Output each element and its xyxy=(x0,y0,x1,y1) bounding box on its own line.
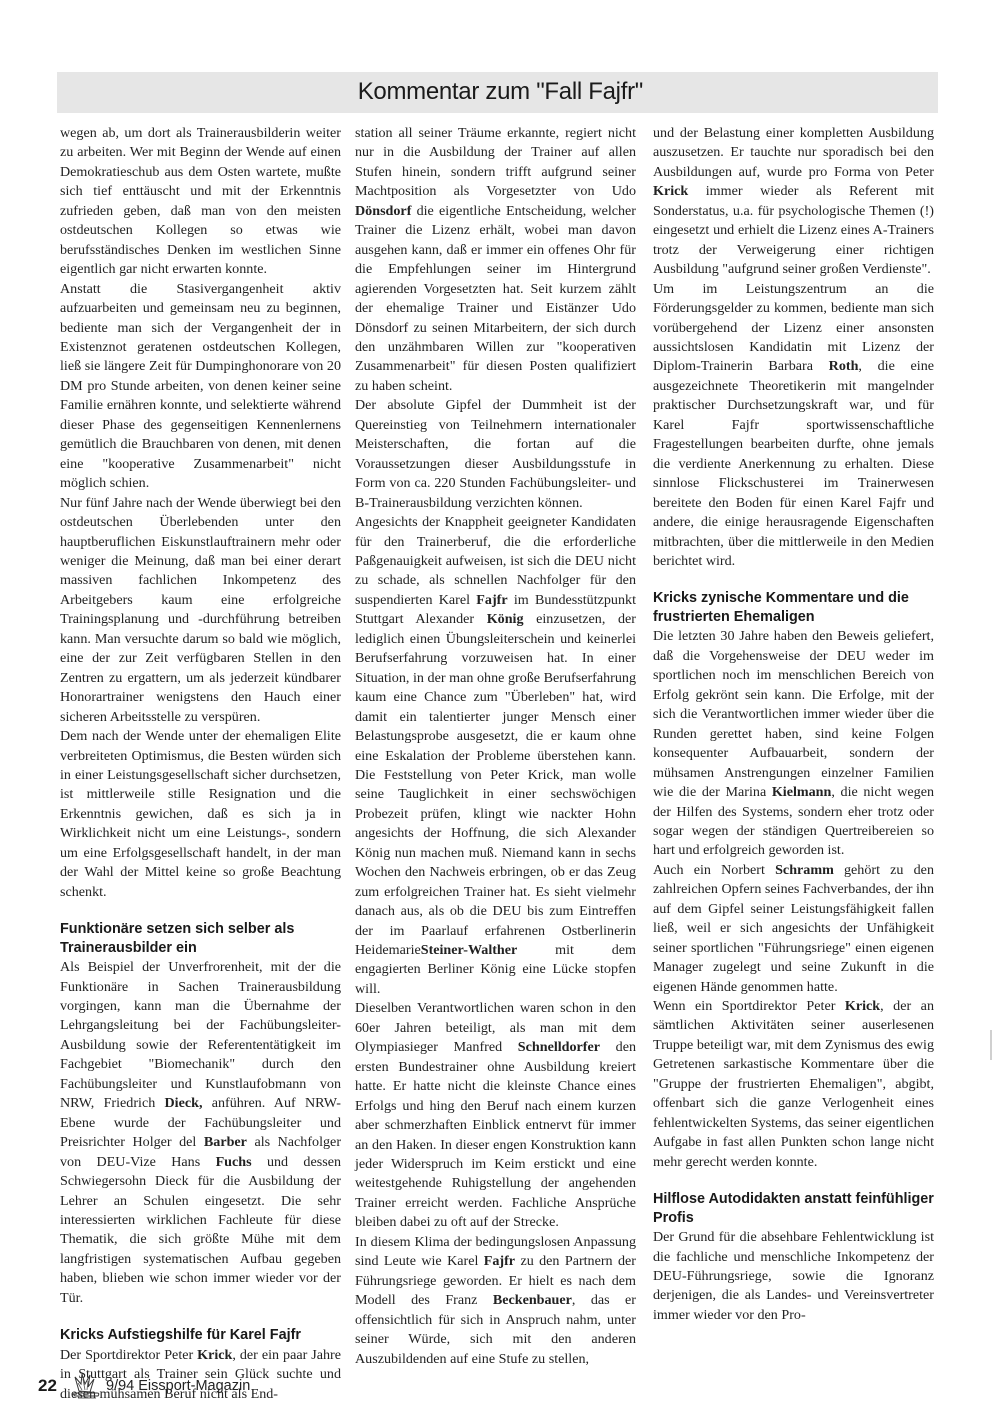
scan-edge-mark xyxy=(990,1030,992,1060)
paragraph: und der Belastung einer kompletten Ausbi… xyxy=(653,124,934,280)
text-run: den ersten Bundestrainer ohne Ausbildung… xyxy=(355,1039,636,1230)
text-run: Der Grund für die absehbare Fehlentwickl… xyxy=(653,1229,934,1323)
bold-name: Barber xyxy=(204,1134,247,1150)
paragraph: Dieselben Verantwortlichen waren schon i… xyxy=(355,999,636,1232)
page-number: 22 xyxy=(38,1376,68,1396)
text-run: , der an sämtlichen Aktivitäten seiner a… xyxy=(653,998,934,1170)
bold-name: Kielmann xyxy=(772,784,832,800)
article-column-3: und der Belastung einer kompletten Ausbi… xyxy=(653,124,934,1325)
paragraph: Der absolute Gipfel der Dummheit ist der… xyxy=(355,396,636,513)
text-run: Auch ein Norbert xyxy=(653,862,775,878)
bold-name: König xyxy=(487,611,524,627)
bold-name: Schnelldorfer xyxy=(518,1039,600,1055)
paragraph: In diesem Klima der bedingungslosen Anpa… xyxy=(355,1233,636,1369)
publication-issue: 9/94 Eissport-Magazin xyxy=(106,1378,250,1394)
bold-name: Roth xyxy=(829,358,859,374)
paragraph: Dem nach der Wende unter der ehemaligen … xyxy=(60,727,341,902)
text-run: Wenn ein Sportdirektor Peter xyxy=(653,998,845,1014)
paragraph: Nur fünf Jahre nach der Wende überwiegt … xyxy=(60,494,341,727)
text-run: gehört zu den zahlreichen Opfern seines … xyxy=(653,862,934,995)
section-title: Kommentar zum "Fall Fajfr" xyxy=(358,78,643,106)
bold-name: Fajfr xyxy=(484,1253,515,1269)
subheading: Kricks Aufstiegshilfe für Karel Fajfr xyxy=(60,1326,341,1345)
text-run: immer wieder als Referent mit Sonderstat… xyxy=(653,183,934,277)
text-run: die eigentliche Entscheidung, welcher Tr… xyxy=(355,203,636,394)
bold-name: Krick xyxy=(653,183,688,199)
text-run: Die letzten 30 Jahre haben den Beweis ge… xyxy=(653,628,934,800)
paragraph: Anstatt die Stasivergangenheit aktiv auf… xyxy=(60,280,341,494)
paragraph: Auch ein Norbert Schramm gehört zu den z… xyxy=(653,861,934,997)
paragraph: station all seiner Träume erkannte, regi… xyxy=(355,124,636,396)
bold-name: Schramm xyxy=(775,862,834,878)
bold-name: Fuchs xyxy=(216,1154,252,1170)
paragraph: Um im Leistungszentrum an die Förderungs… xyxy=(653,280,934,572)
bold-name: Fajfr xyxy=(476,592,507,608)
subheading: Funktionäre setzen sich selber als Train… xyxy=(60,920,341,957)
article-column-1: wegen ab, um dort als Trainerausbilderin… xyxy=(60,124,341,1404)
subheading: Hilflose Autodidakten anstatt feinfühlig… xyxy=(653,1190,934,1227)
bold-name: Krick xyxy=(845,998,880,1014)
paragraph: Wenn ein Sportdirektor Peter Krick, der … xyxy=(653,997,934,1172)
paragraph: wegen ab, um dort als Trainerausbilderin… xyxy=(60,124,341,280)
bold-name: Dönsdorf xyxy=(355,203,411,219)
section-header-bar: Kommentar zum "Fall Fajfr" xyxy=(57,72,938,113)
ice-skate-wings-logo-icon xyxy=(70,1371,102,1401)
bold-name: Krick xyxy=(197,1347,232,1363)
text-run: Der absolute Gipfel der Dummheit ist der… xyxy=(355,397,636,510)
text-run: und dessen Schwiegersohn Dieck für die A… xyxy=(60,1154,341,1306)
paragraph: Die letzten 30 Jahre haben den Beweis ge… xyxy=(653,627,934,860)
text-run: wegen ab, um dort als Trainerausbilderin… xyxy=(60,125,341,277)
bold-name: Beckenbauer xyxy=(493,1292,572,1308)
text-run: einzusetzen, der lediglich einen Übungsl… xyxy=(355,611,636,958)
paragraph: Angesichts der Knappheit geeigneter Kand… xyxy=(355,513,636,999)
text-run: Nur fünf Jahre nach der Wende überwiegt … xyxy=(60,495,341,725)
text-run: und der Belastung einer kompletten Ausbi… xyxy=(653,125,934,180)
text-run: Anstatt die Stasivergangenheit aktiv auf… xyxy=(60,281,341,492)
text-run: Der Sportdirektor Peter xyxy=(60,1347,197,1363)
subheading: Kricks zynische Kommentare und die frust… xyxy=(653,589,934,626)
text-run: , die eine ausgezeichnete Theoretikerin … xyxy=(653,358,934,569)
text-run: Dem nach der Wende unter der ehemaligen … xyxy=(60,728,341,900)
paragraph: Der Grund für die absehbare Fehlentwickl… xyxy=(653,1228,934,1325)
text-run: Als Beispiel der Unverfrorenheit, mit de… xyxy=(60,959,341,1111)
paragraph: Als Beispiel der Unverfrorenheit, mit de… xyxy=(60,958,341,1308)
bold-name: Dieck, xyxy=(165,1095,203,1111)
bold-name: Steiner-Walther xyxy=(421,942,518,958)
text-run: station all seiner Träume erkannte, regi… xyxy=(355,125,636,199)
article-column-2: station all seiner Träume erkannte, regi… xyxy=(355,124,636,1369)
page-footer: 22 9/94 Eissport-Magazin xyxy=(38,1371,250,1401)
